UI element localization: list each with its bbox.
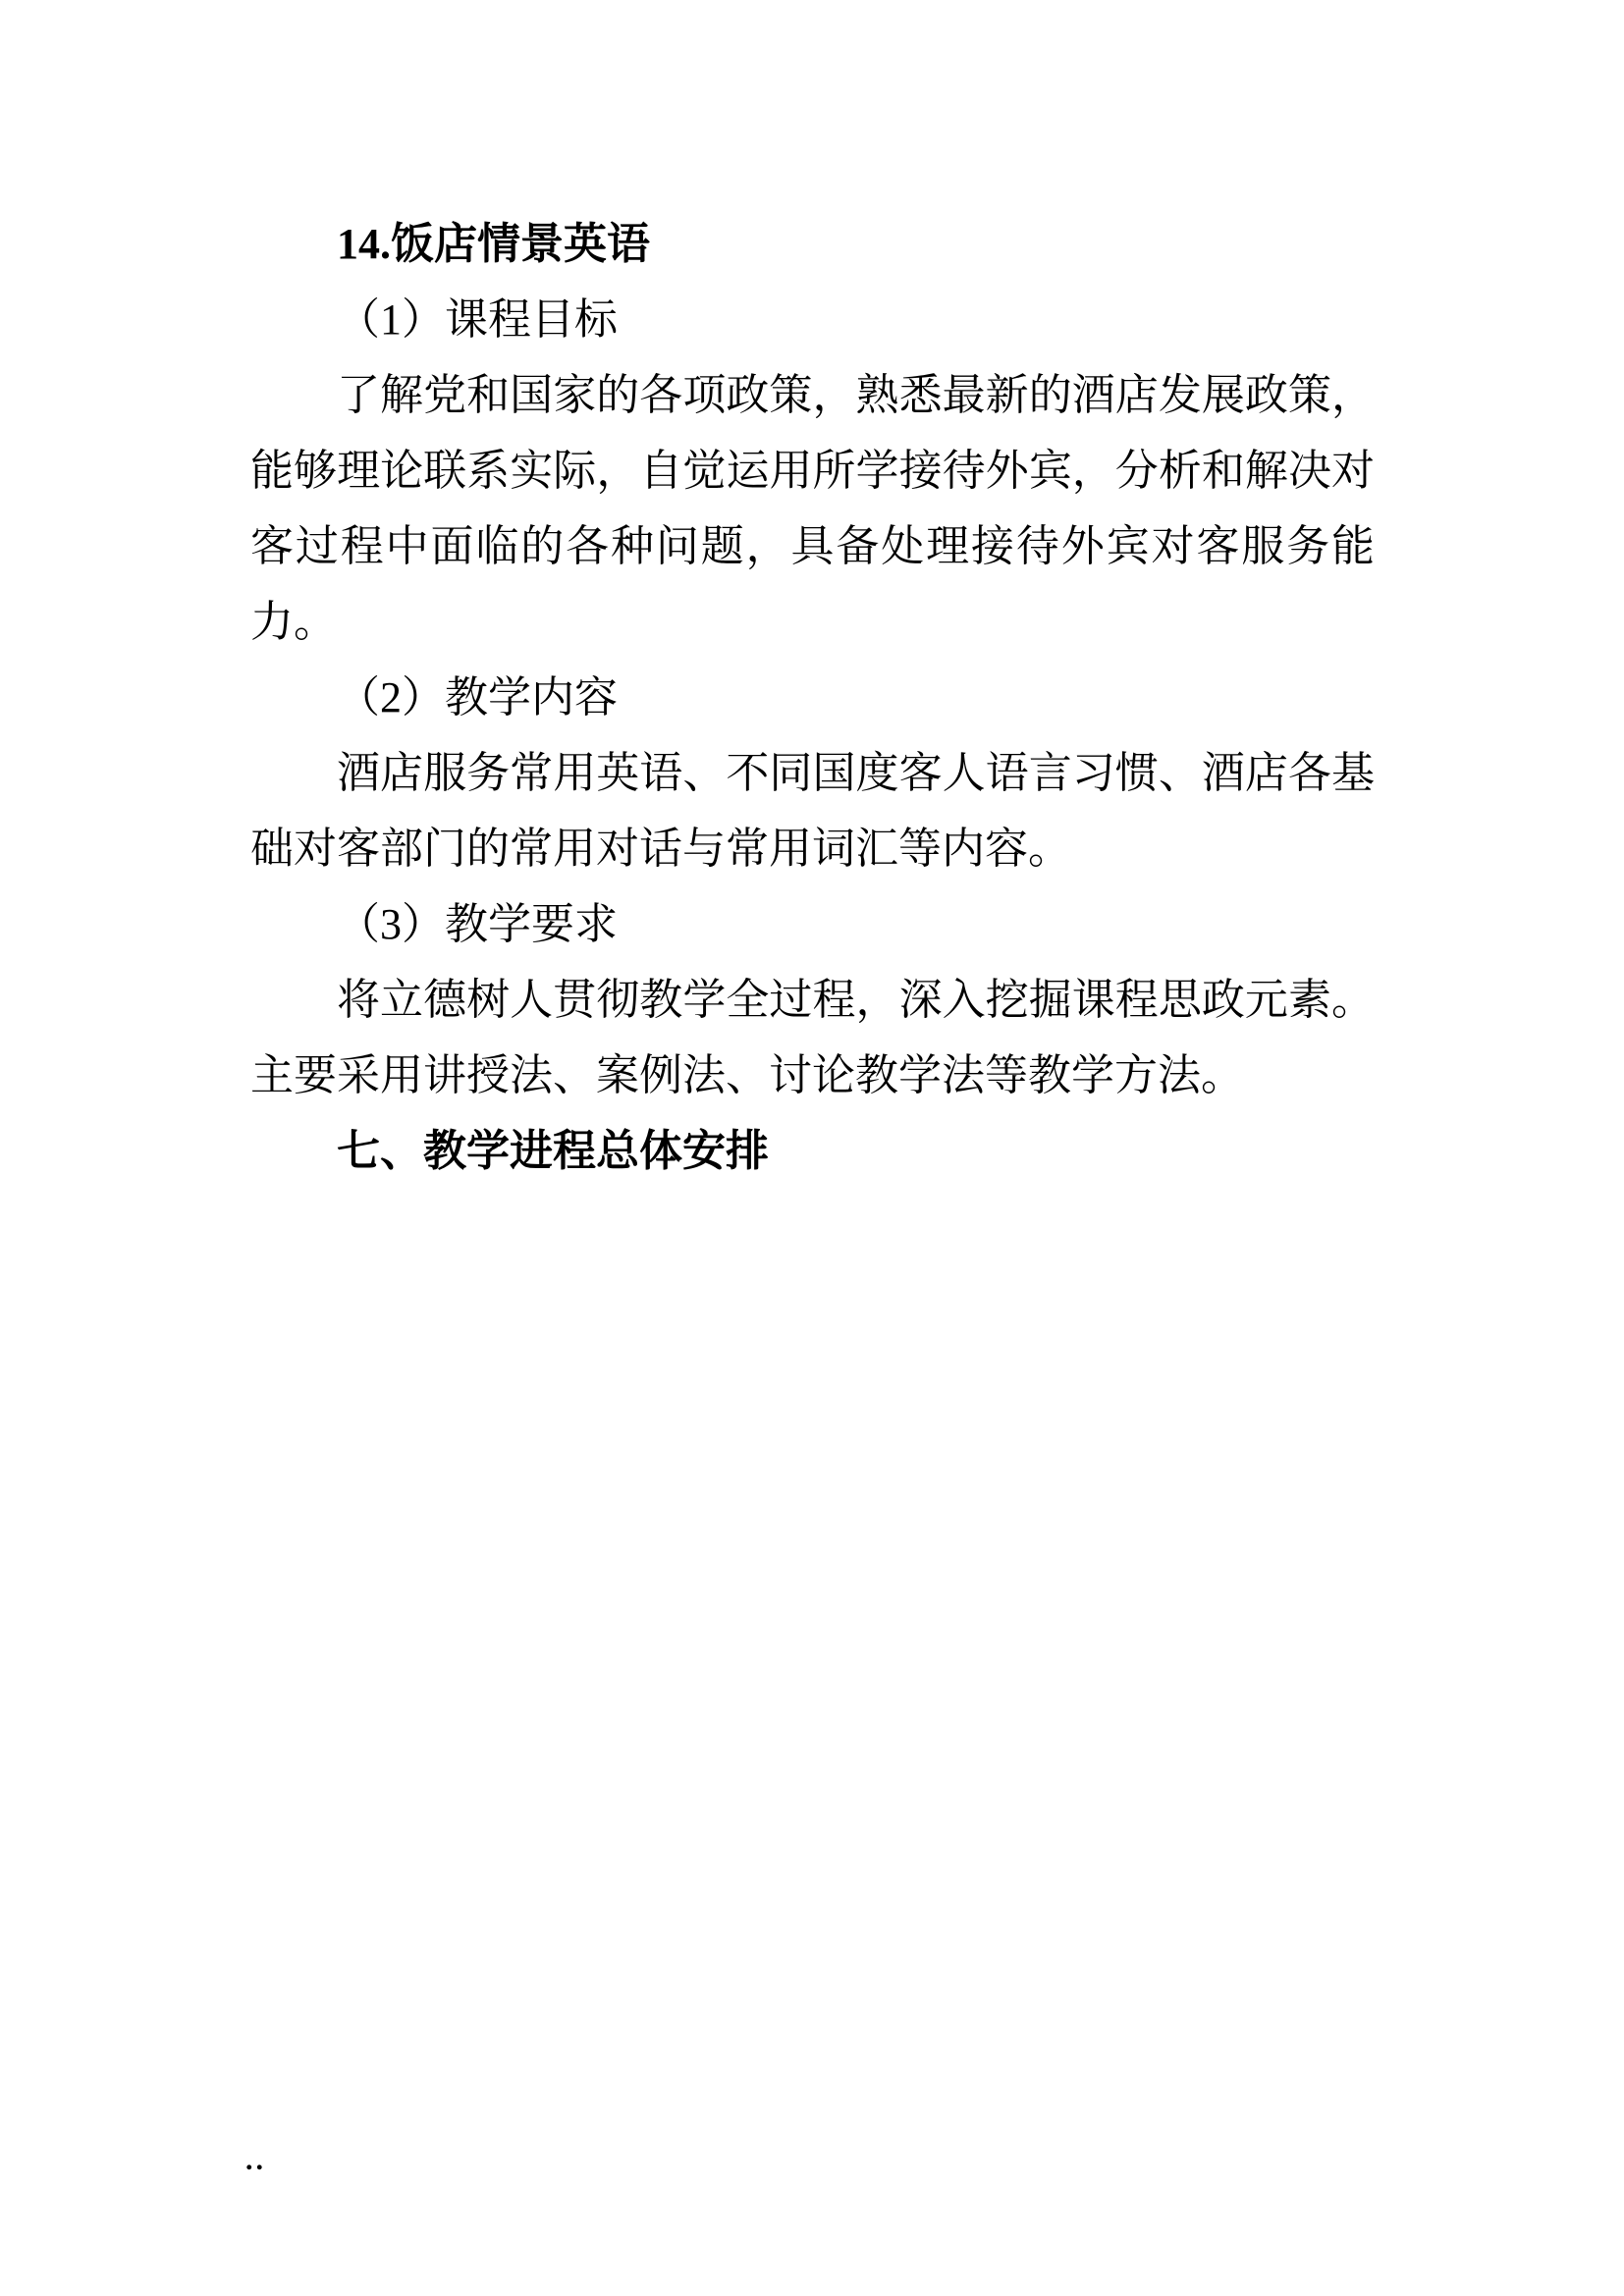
requirements-line-1: 将立德树人贯彻教学全过程，深入挖掘课程思政元素。 <box>250 962 1375 1038</box>
content-line-2: 础对客部门的常用对话与常用词汇等内容。 <box>250 811 1375 886</box>
objectives-line-1: 了解党和国家的各项政策，熟悉最新的酒店发展政策， <box>250 357 1375 433</box>
footer-dots: .. <box>245 2146 266 2175</box>
section-7-heading: 七、教学进程总体安排 <box>250 1113 1375 1189</box>
content-line-1: 酒店服务常用英语、不同国度客人语言习惯、酒店各基 <box>250 735 1375 811</box>
objectives-line-3: 客过程中面临的各种问题，具备处理接待外宾对客服务能 <box>250 508 1375 584</box>
section-1-label: （1）课程目标 <box>250 282 1375 357</box>
section-2-label: （2）教学内容 <box>250 660 1375 735</box>
requirements-line-2: 主要采用讲授法、案例法、讨论教学法等教学方法。 <box>250 1038 1375 1113</box>
objectives-line-4: 力。 <box>250 584 1375 660</box>
section-3-label: （3）教学要求 <box>250 886 1375 962</box>
objectives-line-2: 能够理论联系实际，自觉运用所学接待外宾，分析和解决对 <box>250 433 1375 508</box>
document-page: 14.饭店情景英语（1）课程目标了解党和国家的各项政策，熟悉最新的酒店发展政策，… <box>0 0 1624 2296</box>
course-14-title: 14.饭店情景英语 <box>250 206 1375 282</box>
page-body: 14.饭店情景英语（1）课程目标了解党和国家的各项政策，熟悉最新的酒店发展政策，… <box>250 206 1375 1189</box>
